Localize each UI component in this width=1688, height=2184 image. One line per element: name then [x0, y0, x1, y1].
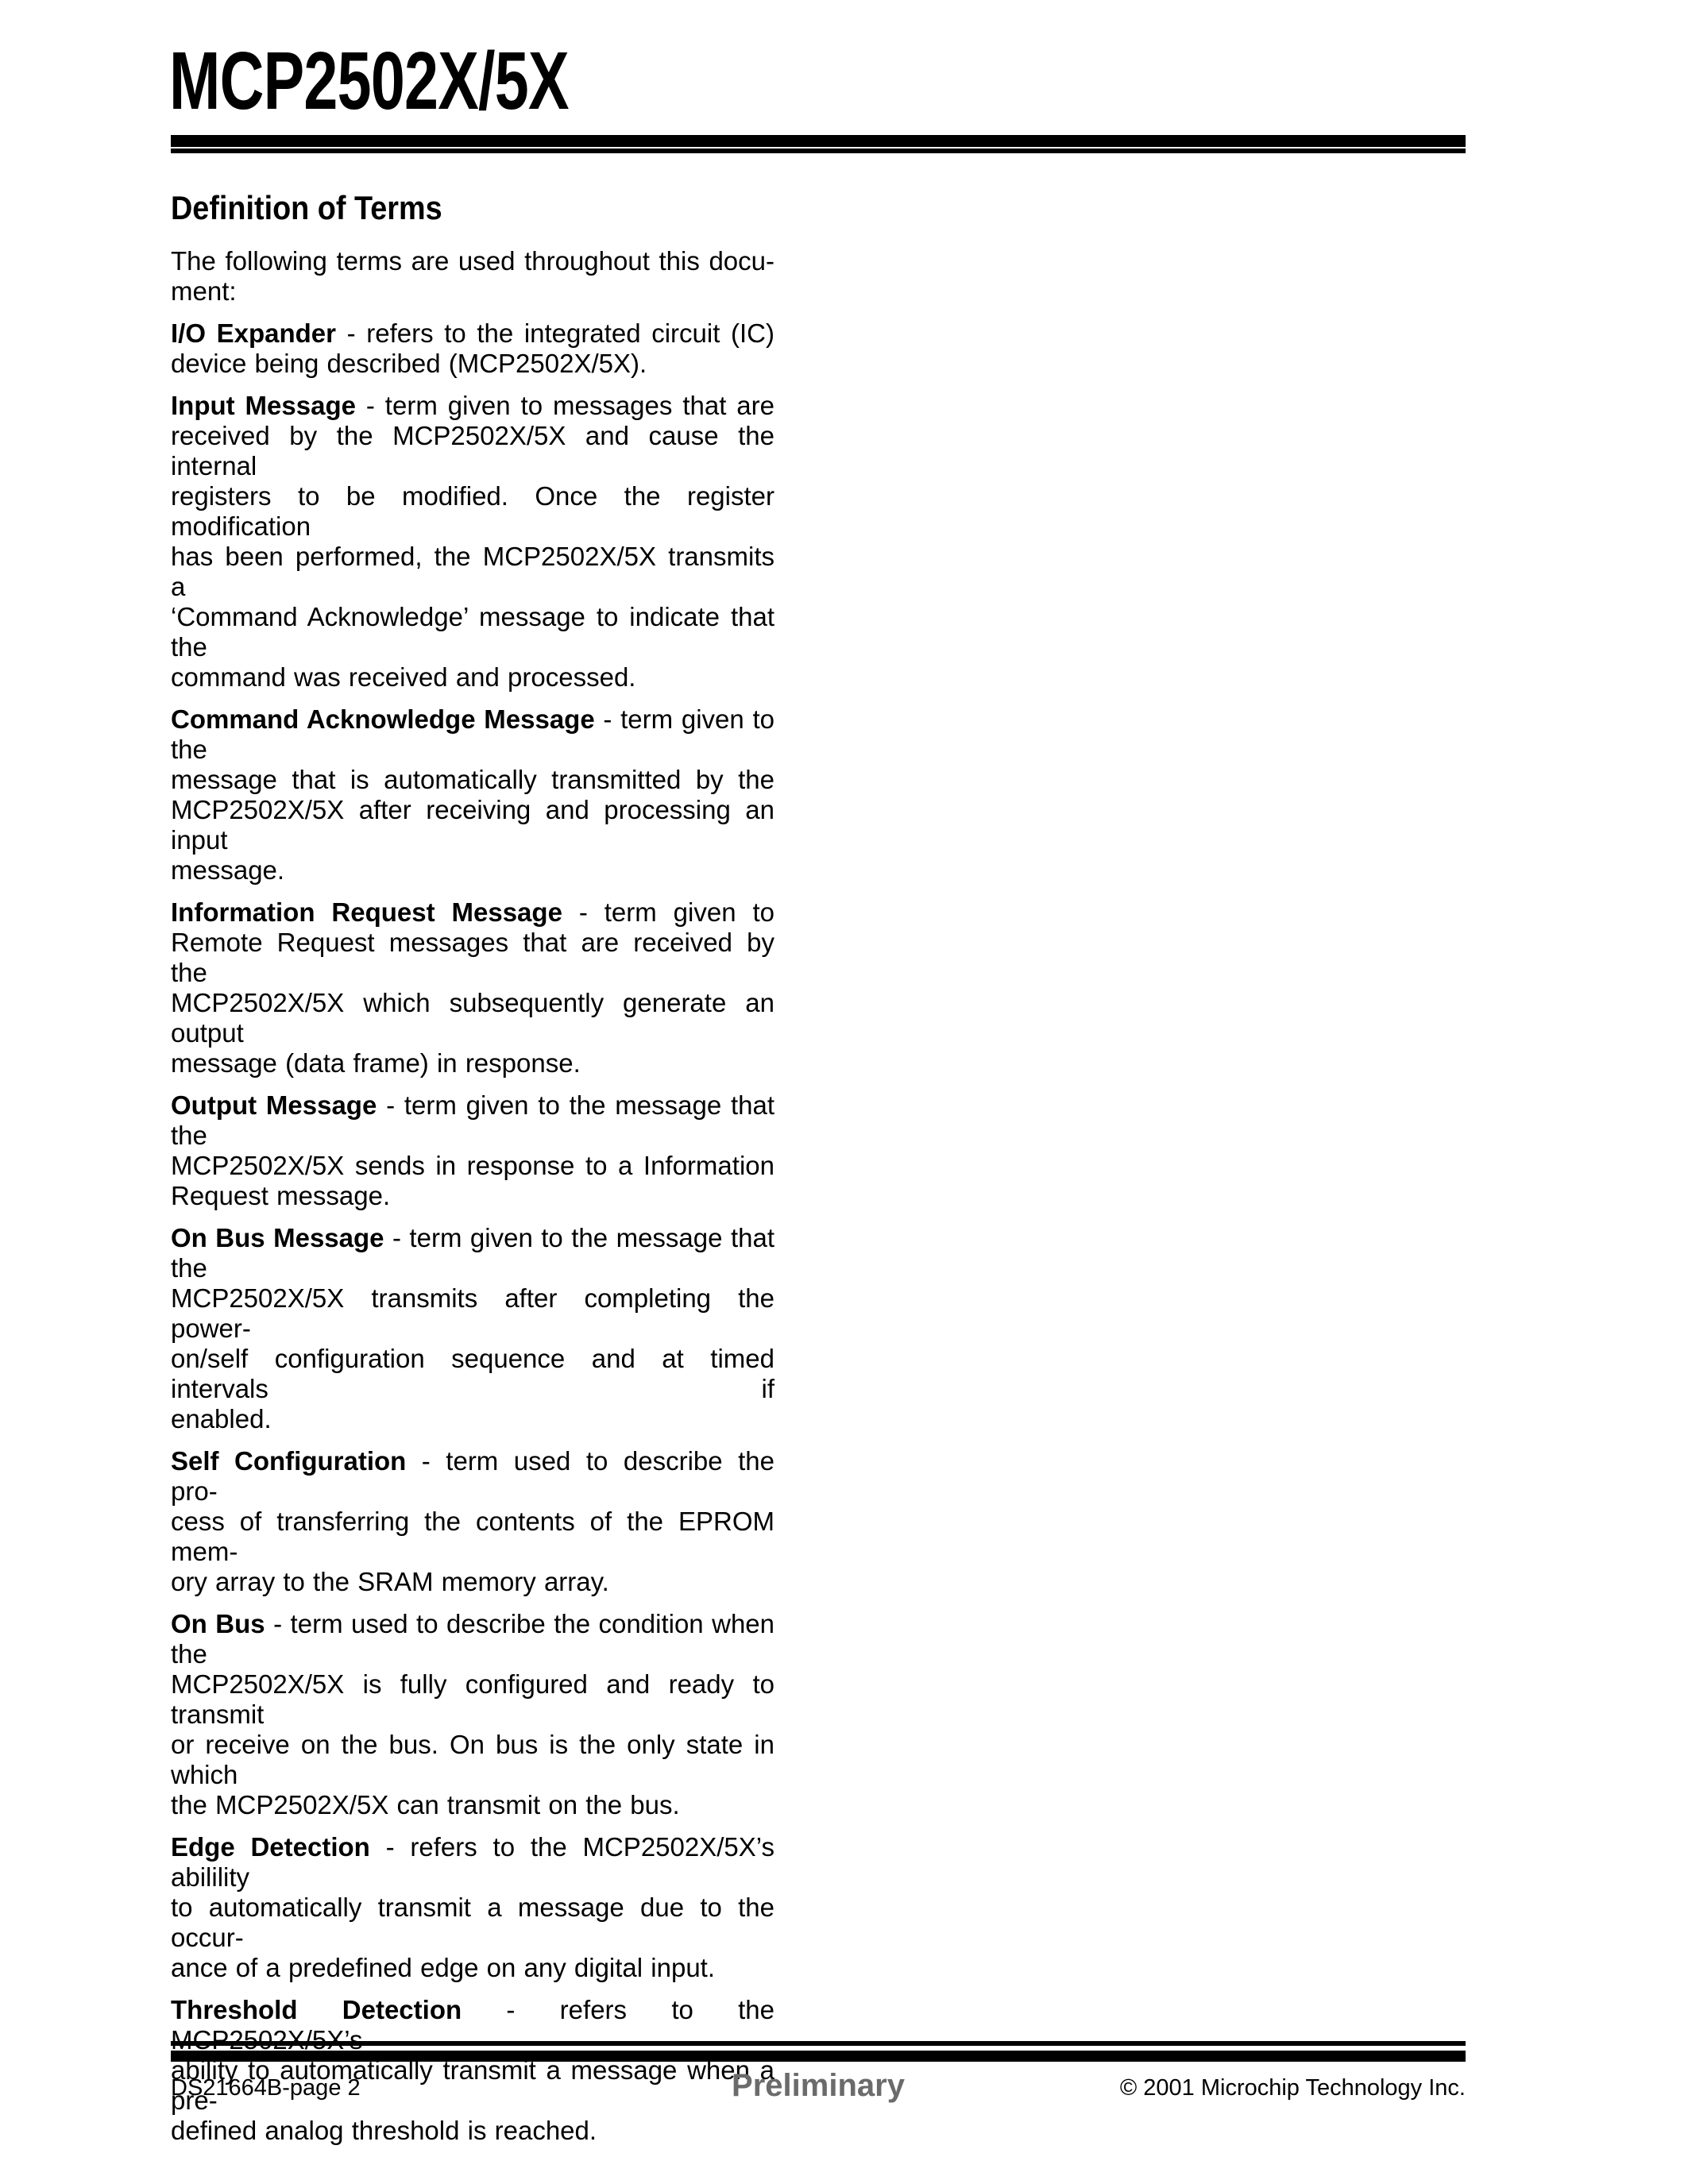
body-line: message that is automatically transmitte…	[171, 765, 774, 795]
body-line: MCP2502X/5X is fully configured and read…	[171, 1669, 774, 1730]
term-label: On Bus	[171, 1609, 265, 1638]
footer-copyright: © 2001 Microchip Technology Inc.	[171, 2074, 1466, 2102]
body-line: registers to be modified. Once the regis…	[171, 481, 774, 542]
section-heading: Definition of Terms	[171, 191, 774, 226]
datasheet-page: MCP2502X/5X Definition of Terms The foll…	[0, 0, 1688, 2184]
term-label: On Bus Message	[171, 1223, 384, 1252]
definition-paragraph: On Bus - term used to describe the condi…	[171, 1609, 774, 1820]
body-line: Command Acknowledge Message - term given…	[171, 704, 774, 765]
body-line: received by the MCP2502X/5X and cause th…	[171, 421, 774, 481]
footer-rule-thin	[171, 2041, 1466, 2046]
page-title-text: MCP2502X/5X	[169, 40, 569, 122]
body-line: ance of a predefined edge on any digital…	[171, 1953, 774, 1983]
footer-rule-thick	[171, 2051, 1466, 2062]
definition-paragraph: Self Configuration - term used to descri…	[171, 1446, 774, 1597]
term-label: Threshold Detection	[171, 1995, 462, 2024]
body-line: defined analog threshold is reached.	[171, 2116, 774, 2146]
body-line: to automatically transmit a message due …	[171, 1893, 774, 1953]
body-line: MCP2502X/5X transmits after completing t…	[171, 1283, 774, 1344]
definition-paragraph: On Bus Message - term given to the messa…	[171, 1223, 774, 1434]
body-line: ory array to the SRAM memory array.	[171, 1567, 774, 1597]
body-line: Edge Detection - refers to the MCP2502X/…	[171, 1832, 774, 1893]
term-label: I/O Expander	[171, 318, 336, 348]
term-label: Self Configuration	[171, 1446, 406, 1476]
body-line: MCP2502X/5X sends in response to a Infor…	[171, 1151, 774, 1181]
term-label: Edge Detection	[171, 1832, 370, 1862]
section-heading-text: Definition of Terms	[171, 191, 442, 226]
header-rule-thick	[171, 135, 1466, 147]
body-line: cess of transferring the contents of the…	[171, 1507, 774, 1567]
body-line: Self Configuration - term used to descri…	[171, 1446, 774, 1507]
body-line: or receive on the bus. On bus is the onl…	[171, 1730, 774, 1790]
content-column: Definition of Terms The following terms …	[171, 191, 774, 2146]
term-label: Information Request Message	[171, 897, 562, 927]
definition-paragraph: Information Request Message - term given…	[171, 897, 774, 1078]
body-line: has been performed, the MCP2502X/5X tran…	[171, 542, 774, 602]
definition-paragraph: The following terms are used throughout …	[171, 246, 774, 307]
body-line: device being described (MCP2502X/5X).	[171, 349, 774, 379]
body-line: I/O Expander - refers to the integrated …	[171, 318, 774, 349]
term-label: Command Acknowledge Message	[171, 704, 595, 734]
term-label: Output Message	[171, 1090, 377, 1120]
definition-paragraph: Command Acknowledge Message - term given…	[171, 704, 774, 886]
body-line: message.	[171, 855, 774, 886]
body-line: On Bus - term used to describe the condi…	[171, 1609, 774, 1669]
body-line: Request message.	[171, 1181, 774, 1211]
body-line: MCP2502X/5X which subsequently generate …	[171, 988, 774, 1048]
definition-list: The following terms are used throughout …	[171, 246, 774, 2146]
body-line: Input Message - term given to messages t…	[171, 391, 774, 421]
body-line: Threshold Detection - refers to the MCP2…	[171, 1995, 774, 2055]
body-line: Information Request Message - term given…	[171, 897, 774, 928]
body-line: on/self configuration sequence and at ti…	[171, 1344, 774, 1404]
body-line: command was received and processed.	[171, 662, 774, 693]
definition-paragraph: Edge Detection - refers to the MCP2502X/…	[171, 1832, 774, 1983]
body-line: ‘Command Acknowledge’ message to indicat…	[171, 602, 774, 662]
header-rule-thin	[171, 149, 1466, 153]
body-line: message (data frame) in response.	[171, 1048, 774, 1078]
term-label: Input Message	[171, 391, 356, 420]
definition-paragraph: I/O Expander - refers to the integrated …	[171, 318, 774, 379]
definition-paragraph: Output Message - term given to the messa…	[171, 1090, 774, 1211]
definition-paragraph: Input Message - term given to messages t…	[171, 391, 774, 693]
body-line: Output Message - term given to the messa…	[171, 1090, 774, 1151]
body-line: MCP2502X/5X after receiving and processi…	[171, 795, 774, 855]
body-line: the MCP2502X/5X can transmit on the bus.	[171, 1790, 774, 1820]
body-line: enabled.	[171, 1404, 774, 1434]
page-title: MCP2502X/5X	[169, 40, 701, 122]
body-line: ment:	[171, 276, 774, 307]
body-line: On Bus Message - term given to the messa…	[171, 1223, 774, 1283]
body-line: The following terms are used throughout …	[171, 246, 774, 276]
body-line: Remote Request messages that are receive…	[171, 928, 774, 988]
